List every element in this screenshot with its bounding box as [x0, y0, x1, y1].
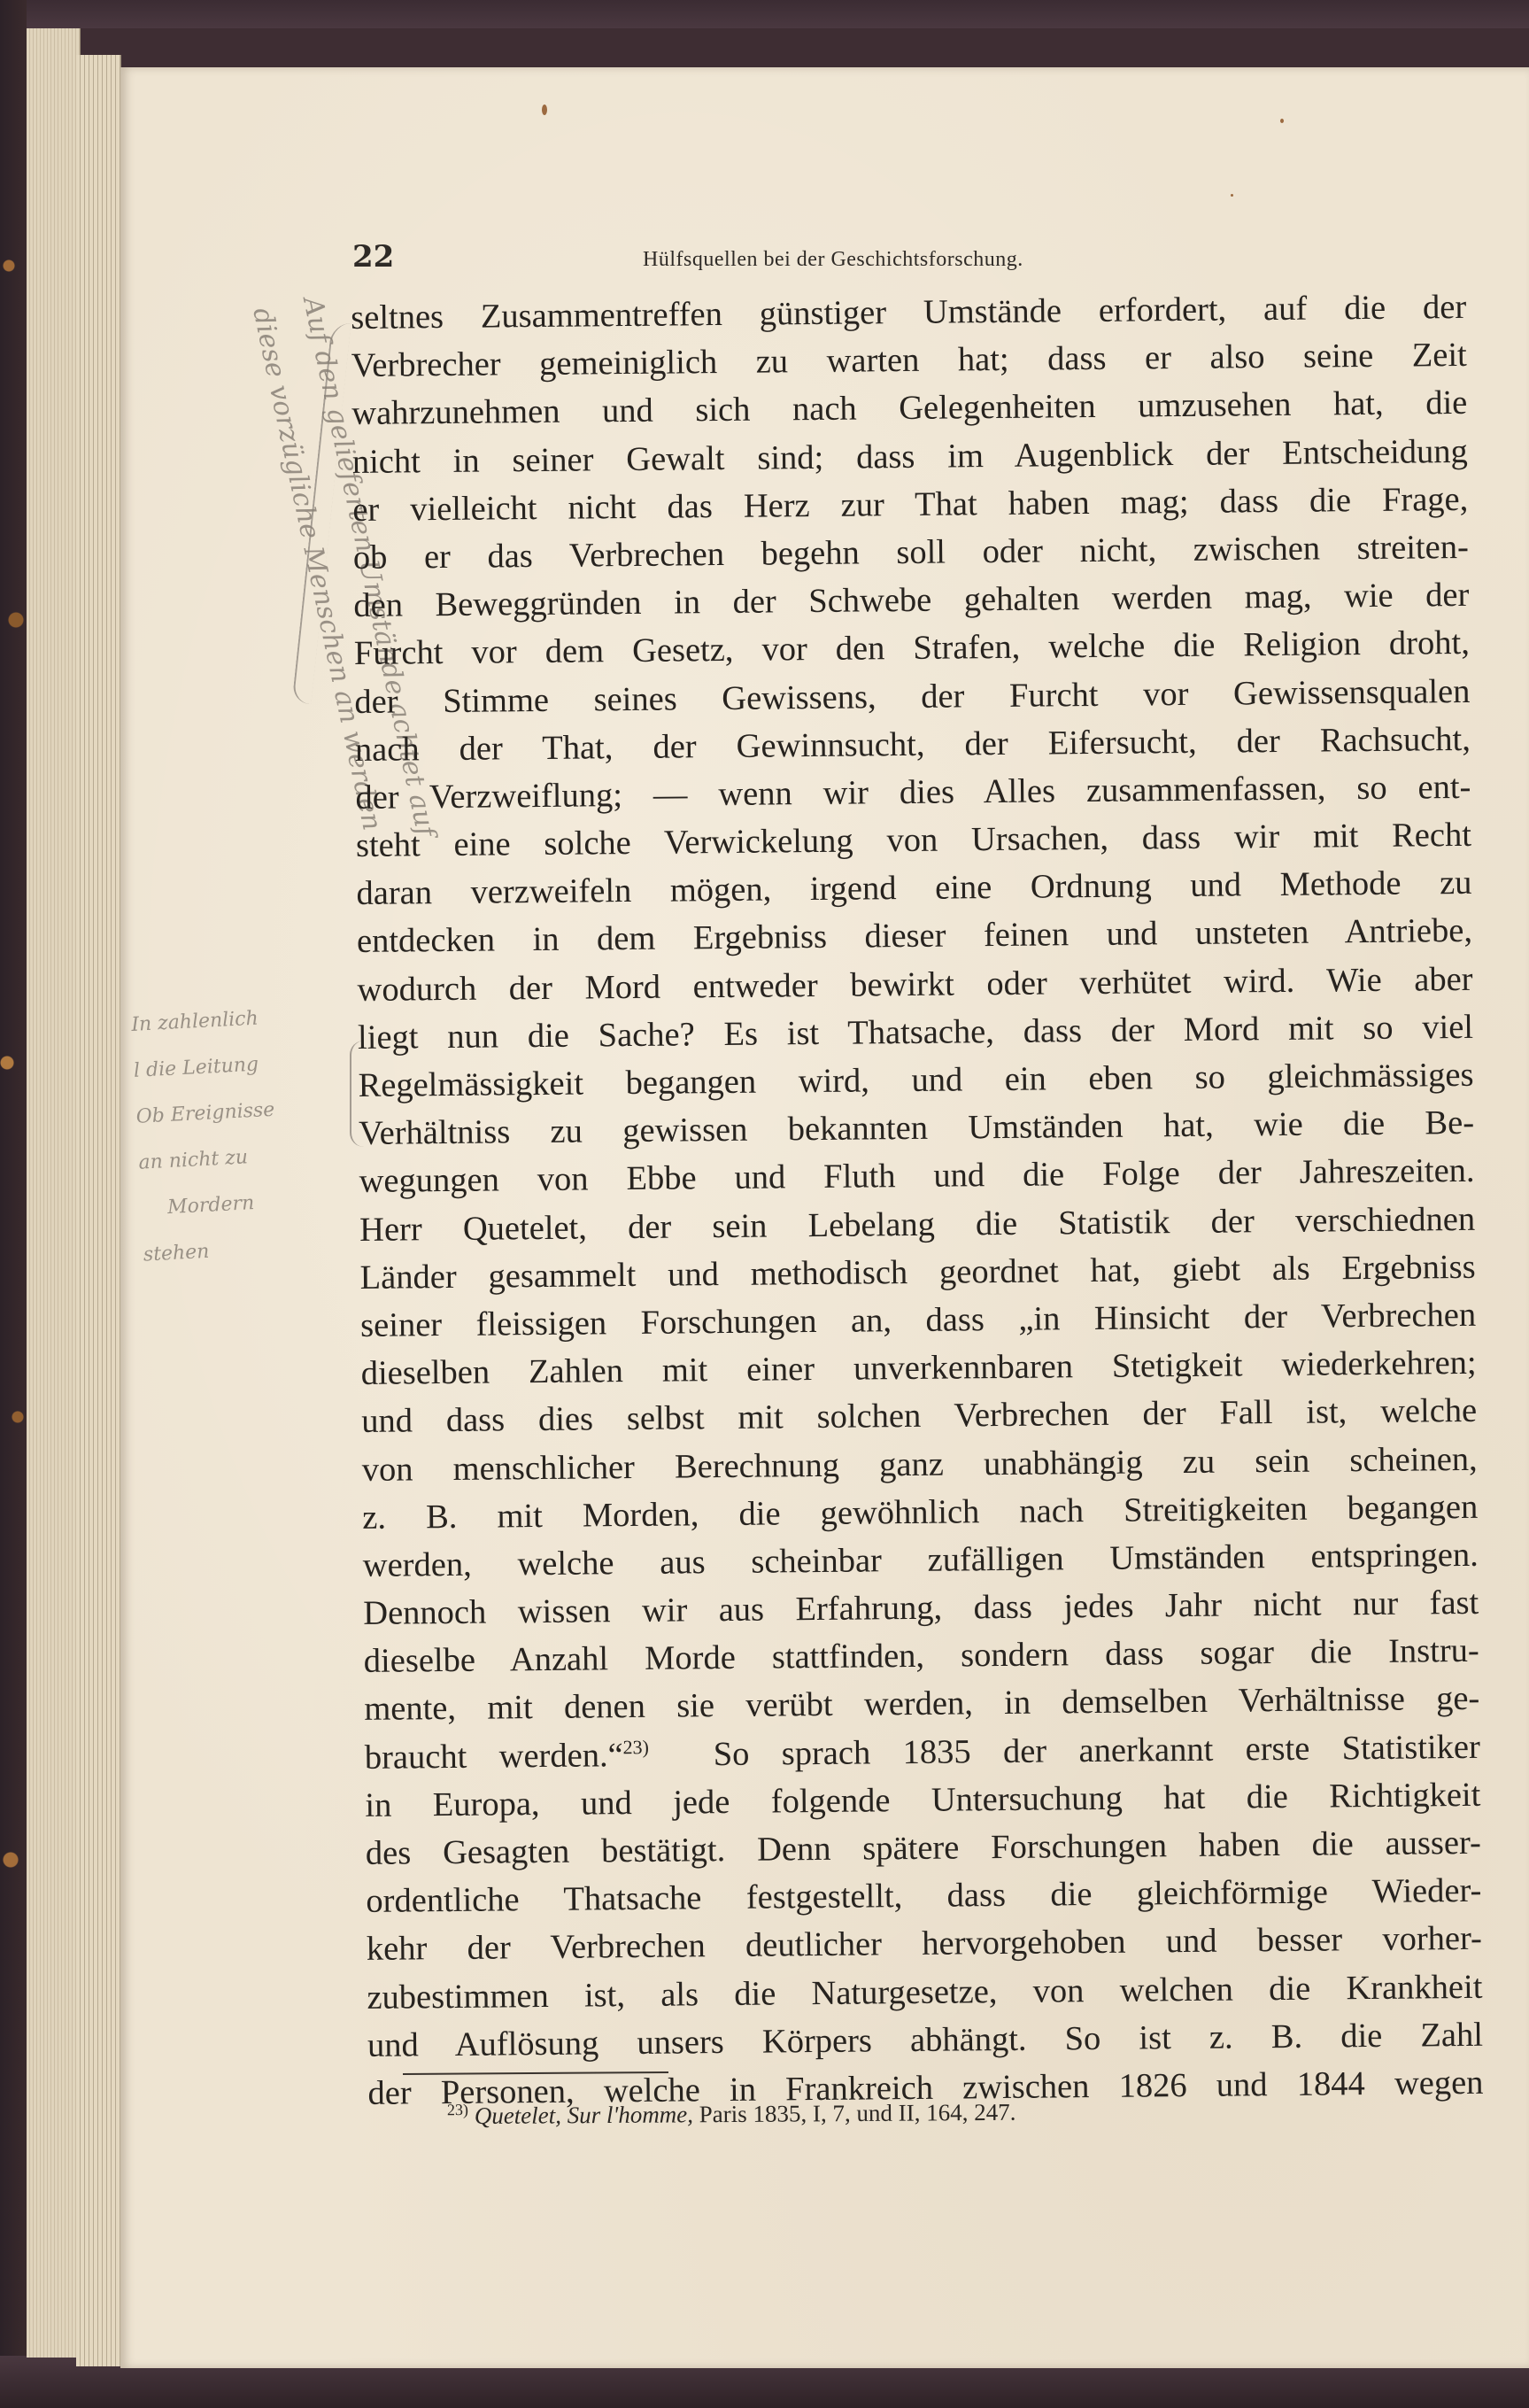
footnote-citation: Paris 1835, I, 7, und II, 164, 247. — [699, 2099, 1016, 2127]
page-stack-edge — [27, 28, 81, 2358]
footnote-reference[interactable]: 23) — [622, 1736, 649, 1758]
foxing-spot — [1280, 119, 1284, 123]
foxing-spot — [1231, 194, 1233, 197]
footnote-title: Sur l'homme, — [568, 2101, 693, 2128]
book-cover-marbled-edge — [0, 0, 27, 2408]
page-stack-edge-inner — [76, 55, 121, 2366]
marginalia-middle: In zahlenlich l die Leitung Ob Ereigniss… — [130, 990, 375, 1278]
foxing-spot — [542, 105, 547, 115]
page-number: 22 — [352, 239, 394, 275]
body-text: seltnes Zusammentreffen günstiger Umstän… — [351, 283, 1484, 2118]
text-fragment: So sprach 1835 der anerkannt erste Stati… — [649, 1728, 1480, 1773]
footnote-number: 23) — [447, 2101, 468, 2118]
running-head: 22 Hülfsquellen bei der Geschichtsforsch… — [352, 239, 1415, 275]
text-fragment: braucht werden.“ — [365, 1737, 623, 1777]
running-head-title: Hülfsquellen bei der Geschichtsforschung… — [643, 248, 1023, 272]
book-cover-top — [0, 0, 1529, 28]
footnote: 23) Quetelet, Sur l'homme, Paris 1835, I… — [447, 2099, 1016, 2130]
footnote-author: Quetelet, — [475, 2102, 561, 2129]
